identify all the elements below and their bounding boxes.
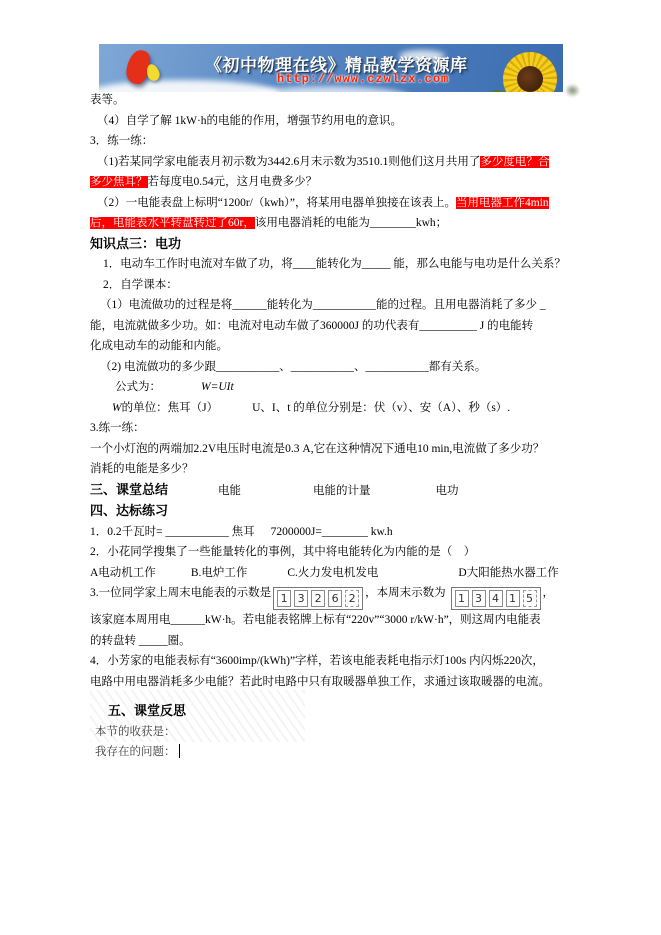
meter-digit: 4 (489, 590, 503, 607)
meter-digit: 3 (294, 590, 308, 607)
meter-digit: 1 (277, 590, 291, 607)
site-url: http://www.czwlzx.com (277, 72, 449, 86)
doc-line: 表等。 (90, 90, 572, 111)
section-heading: 知识点三：电功 (90, 234, 572, 255)
text-run: 7200000J=________ kw.h (271, 526, 393, 538)
doc-line: 3．练一练： (90, 131, 572, 152)
text-run: 3.一位同学家上周末电能表的示数是 (90, 587, 271, 599)
formula-symbol: W (112, 402, 122, 414)
doc-line: 三、课堂总结电能电能的计量电功 (90, 480, 572, 502)
meter-digit: 2 (311, 590, 325, 607)
doc-line: 我存在的问题： (90, 742, 572, 763)
meter-digit: 1 (506, 590, 520, 607)
text-run: （2）一电能表盘上标明“1200r/（kwh）”，将某用电器单独接在该表上。 (97, 197, 456, 209)
choice-a: A电动机工作 (90, 567, 156, 579)
doc-line: 能，电流就做多少功。如：电流对电动车做了360000J 的功代表有_______… (90, 316, 572, 337)
site-banner: 《初中物理在线》精品教学资源库 http://www.czwlzx.com (99, 44, 563, 92)
doc-line: （2）一电能表盘上标明“1200r/（kwh）”，将某用电器单独接在该表上。当用… (90, 193, 572, 214)
document-text-area[interactable]: 表等。 （4）自学了解 1kW·h的电能的作用，增强节约用电的意识。 3．练一练… (90, 90, 572, 763)
formula: W=UIt (201, 381, 234, 393)
doc-line: （1）电流做功的过程是将______能转化为___________能的过程。且用… (90, 295, 572, 316)
doc-line: 2．小花同学搜集了一些能量转化的事例，其中将电能转化为内能的是（ ） (90, 542, 572, 563)
doc-line: 3.一位同学家上周末电能表的示数是13262，本周末示数为 13415， (90, 583, 572, 610)
text-run: 若每度电0.54元，这月电费多少？ (148, 176, 318, 188)
text-run: （1)若某同学家电能表月初示数为3442.6月末示数为3510.1则他们这月共用… (97, 156, 480, 168)
text-run: ，本周末示数为 (365, 587, 448, 599)
text-run: 电功 (436, 485, 459, 497)
flame-logo-icon (125, 48, 169, 90)
doc-line: （2) 电流做功的多少跟___________、___________、____… (90, 357, 572, 378)
sunflower-icon (503, 52, 557, 92)
highlighted-text: 后，电能表水平转盘转过了60r， (90, 217, 255, 229)
doc-line: 3.练一练： (90, 418, 572, 439)
choice-b: B.电炉工作 (191, 567, 248, 579)
doc-line: W的单位：焦耳（J）U、I、t 的单位分别是：伏（v）、安（A）、秒（s）. (90, 398, 572, 419)
doc-line: （4）自学了解 1kW·h的电能的作用，增强节约用电的意识。 (90, 111, 572, 132)
choice-d: D大阳能热水器工作 (458, 567, 558, 579)
doc-line: 该家庭本周用电______kW·h。若电能表铭牌上标有“220v”“3000 r… (90, 610, 572, 631)
text-run: U、I、t 的单位分别是：伏（v）、安（A）、秒（s）. (252, 402, 510, 414)
choice-c: C.火力发电机发电 (287, 567, 378, 579)
doc-line: 的转盘转 _____圈。 (90, 631, 572, 652)
section-heading: 三、课堂总结 (90, 482, 168, 497)
highlighted-text: 多少度电？合 (480, 156, 549, 168)
text-run: 该用电器消耗的电能为________kwh； (255, 217, 447, 229)
meter-digit: 1 (455, 590, 469, 607)
doc-line: 2．自学课本： (90, 275, 572, 296)
doc-line: 4．小芳家的电能表标有“3600imp/(kWh)”字样，若该电能表耗电指示灯1… (90, 651, 572, 672)
doc-line: （1)若某同学家电能表月初示数为3442.6月末示数为3510.1则他们这月共用… (90, 152, 572, 173)
text-run: 公式为： (115, 381, 161, 393)
text-run: 电能的计量 (313, 485, 371, 497)
doc-line: A电动机工作B.电炉工作C.火力发电机发电D大阳能热水器工作 (90, 563, 572, 584)
energy-meter-last-week: 13262 (273, 587, 363, 610)
highlighted-text: 多少焦耳？ (90, 176, 148, 188)
text-cursor (179, 744, 180, 758)
text-run: 1．0.2千瓦时= ___________ 焦耳 (90, 526, 255, 538)
energy-meter-this-week: 13415 (451, 587, 541, 610)
meter-decimal-digit: 2 (345, 590, 359, 607)
meter-digit: 6 (328, 590, 342, 607)
text-run: 我存在的问题： (95, 746, 176, 758)
doc-line: 消耗的电能是多少？ (90, 459, 572, 480)
meter-decimal-digit: 5 (523, 590, 537, 607)
doc-line: 多少焦耳？若每度电0.54元，这月电费多少？ (90, 172, 572, 193)
text-run: 电能 (218, 485, 241, 497)
text-run: 的单位：焦耳（J） (122, 402, 218, 414)
worksheet-page: 《初中物理在线》精品教学资源库 http://www.czwlzx.com 表等… (0, 0, 661, 935)
doc-line: 一个小灯泡的两端加2.2V电压时电流是0.3 A,它在这种情况下通电10 min… (90, 439, 572, 460)
doc-line: 1．电动车工作时电流对车做了功，将____能转化为_____ 能，那么电能与电功… (90, 254, 572, 275)
doc-line: 电路中用电器消耗多少电能？若此时电路中只有取暖器单独工作，求通过该取暖器的电流。 (90, 672, 572, 693)
watermark-texture (90, 690, 305, 742)
doc-line: 公式为：W=UIt (90, 377, 572, 398)
highlighted-text: 当用电器工作4min (456, 197, 549, 209)
doc-line: 化成电动车的动能和内能。 (90, 336, 572, 357)
meter-digit: 3 (472, 590, 486, 607)
doc-line: 后，电能表水平转盘转过了60r，该用电器消耗的电能为________kwh； (90, 213, 572, 234)
text-run: ， (543, 587, 555, 599)
doc-line: 1．0.2千瓦时= ___________ 焦耳7200000J=_______… (90, 522, 572, 543)
section-heading: 四、达标练习 (90, 501, 572, 522)
